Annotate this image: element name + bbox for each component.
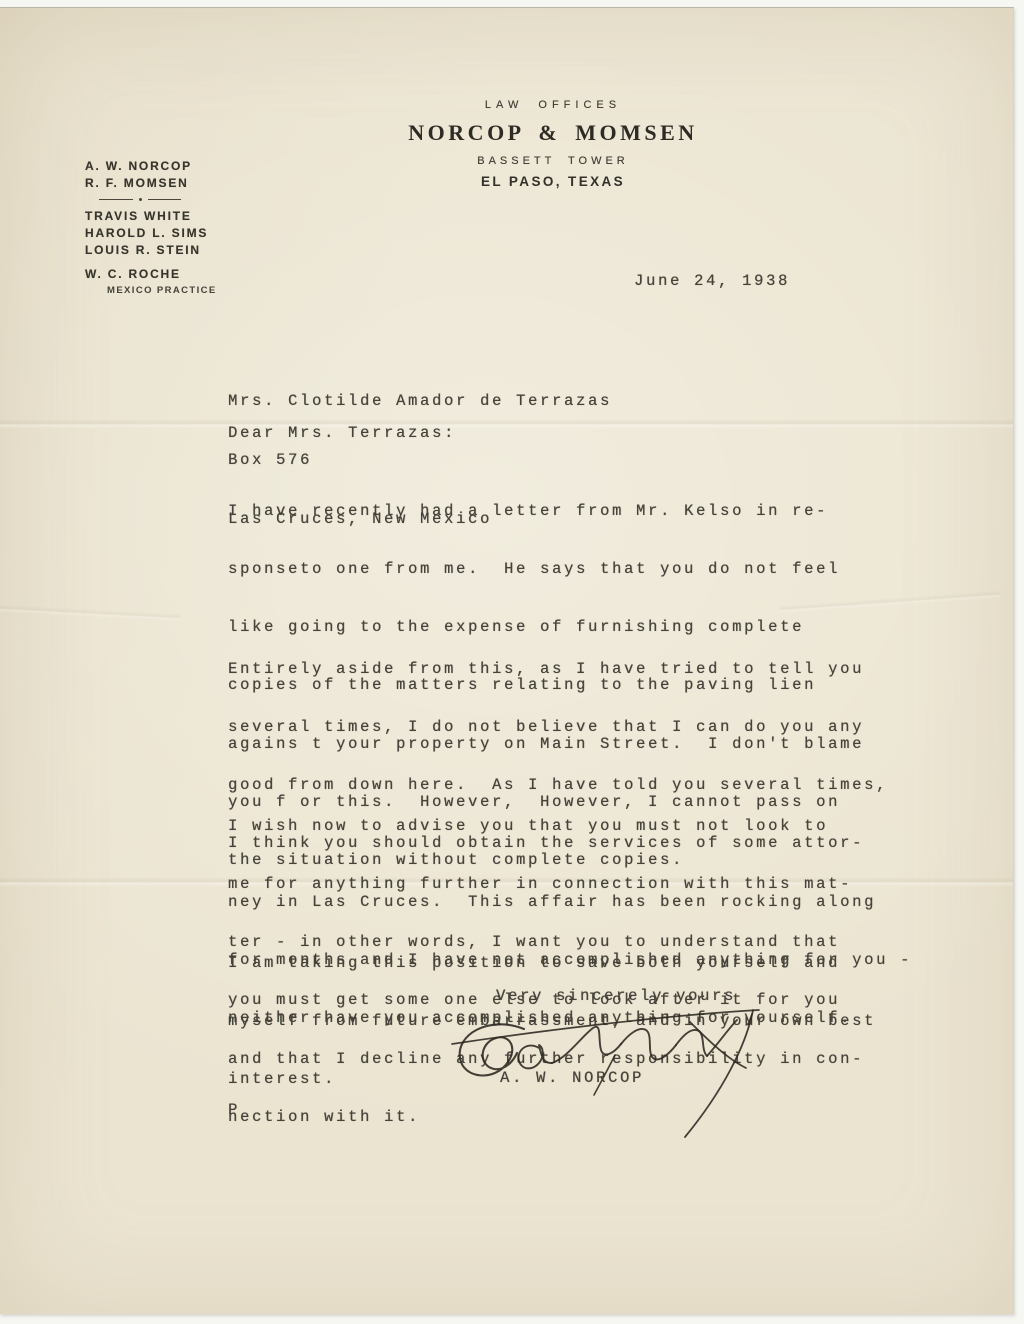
signer-typed-name: A. W. NORCOP bbox=[500, 1069, 644, 1088]
paragraph: I am taking this position to save both y… bbox=[228, 915, 876, 1128]
divider-dot bbox=[139, 198, 142, 201]
attorney-name: TRAVIS WHITE bbox=[85, 208, 217, 225]
letterhead-tagline: LAW OFFICES bbox=[353, 99, 753, 111]
typist-initial: P bbox=[228, 1101, 240, 1120]
attorney-name: R. F. MOMSEN bbox=[85, 175, 217, 192]
attorney-practice-note: MEXICO PRACTICE bbox=[107, 285, 217, 296]
body-line: I am taking this position to save both y… bbox=[228, 954, 876, 973]
letterhead-attorney-list: A. W. NORCOP R. F. MOMSEN TRAVIS WHITE H… bbox=[85, 158, 217, 296]
body-line: several times, I do not believe that I c… bbox=[228, 718, 912, 737]
body-line: I wish now to advise you that you must n… bbox=[228, 817, 864, 836]
divider-line bbox=[99, 199, 133, 201]
attorney-name: A. W. NORCOP bbox=[85, 158, 217, 175]
letterhead-center: LAW OFFICES NORCOP & MOMSEN BASSETT TOWE… bbox=[353, 99, 753, 189]
body-line: Entirely aside from this, as I have trie… bbox=[228, 660, 912, 679]
body-line: myself from future embarrassment, and in… bbox=[228, 1012, 876, 1031]
paper-crease bbox=[0, 602, 180, 622]
valediction: Very sincerely yours bbox=[496, 987, 736, 1006]
scanned-letter: A. W. NORCOP R. F. MOMSEN TRAVIS WHITE H… bbox=[0, 0, 1024, 1324]
body-line: me for anything further in connection wi… bbox=[228, 875, 864, 894]
divider-line bbox=[148, 199, 182, 201]
letter-date: June 24, 1938 bbox=[634, 272, 790, 291]
letterhead-building: BASSETT TOWER bbox=[353, 155, 753, 167]
firm-name: NORCOP & MOMSEN bbox=[353, 120, 753, 146]
recipient-name: Mrs. Clotilde Amador de Terrazas bbox=[228, 392, 612, 412]
letterhead-city: EL PASO, TEXAS bbox=[353, 174, 753, 189]
body-line: I have recently had a letter from Mr. Ke… bbox=[228, 502, 864, 521]
attorney-name: W. C. ROCHE bbox=[85, 266, 217, 283]
attorney-name: HAROLD L. SIMS bbox=[85, 225, 217, 242]
body-line: sponseto one from me. He says that you d… bbox=[228, 560, 864, 579]
salutation: Dear Mrs. Terrazas: bbox=[228, 424, 456, 443]
attorney-name: LOUIS R. STEIN bbox=[85, 242, 217, 259]
letterhead-divider bbox=[99, 198, 181, 201]
